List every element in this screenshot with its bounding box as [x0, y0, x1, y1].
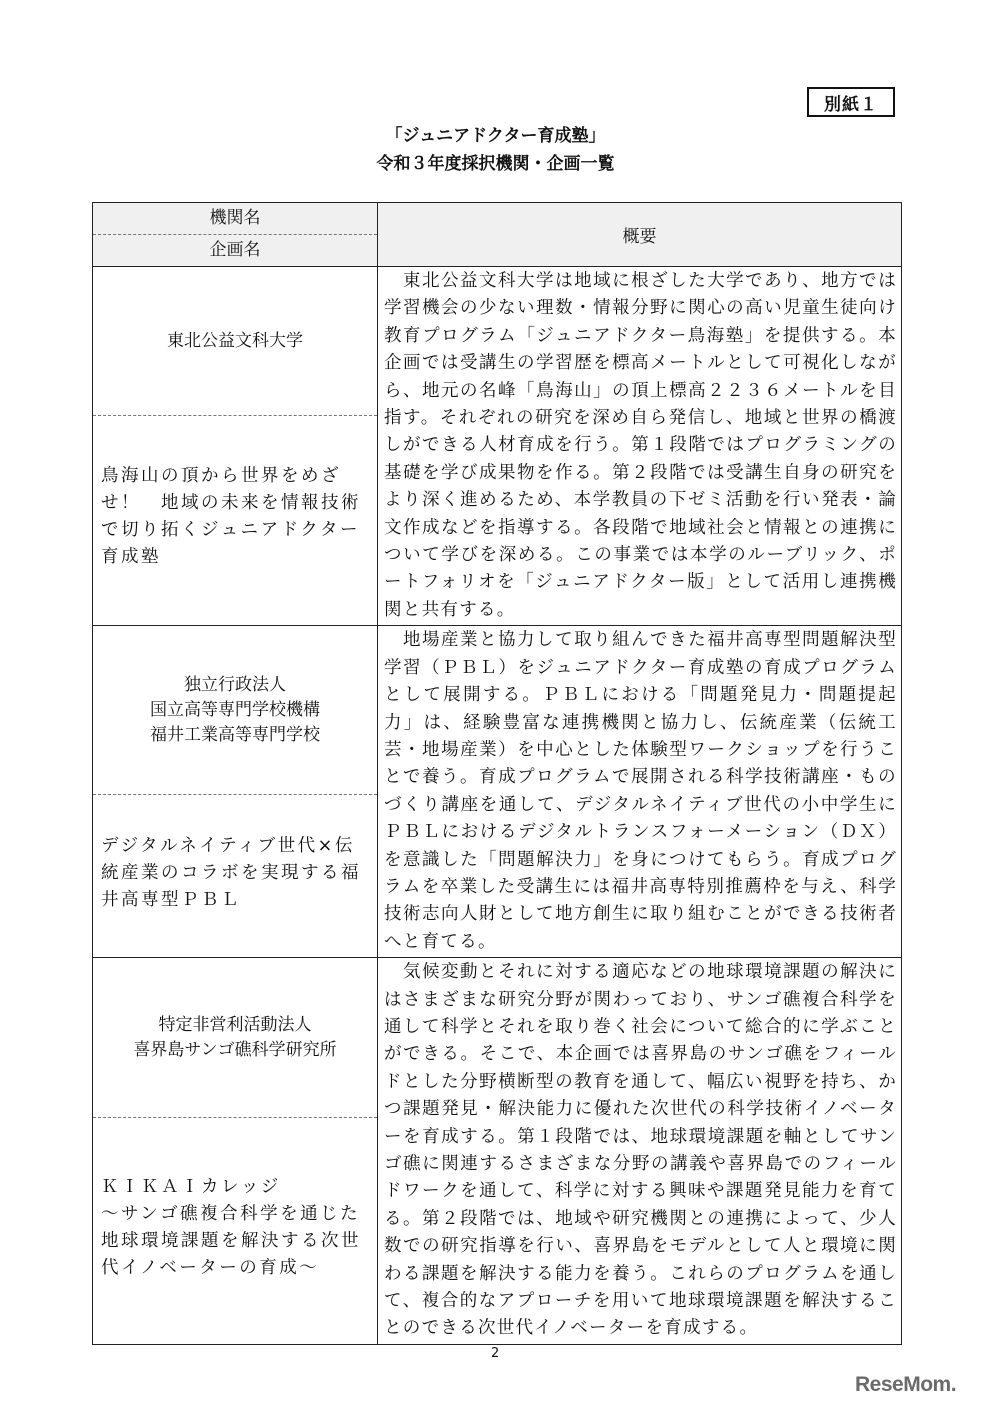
table-row: 特定非営利活動法人 喜界島サンゴ礁科学研究所 ＫＩＫＡＩカレッジ ～サンゴ礁複合… — [93, 958, 902, 1345]
attachment-label: 別紙１ — [807, 87, 895, 117]
document-title: 「ジュニアドクター育成塾」 — [0, 121, 991, 146]
table-header-row: 機関名 企画名 概要 — [93, 203, 902, 267]
row-summary-cell: 気候変動とそれに対する適応などの地球環境課題の解決にはさまざまな研究分野が関わっ… — [378, 958, 902, 1345]
table-row: 独立行政法人 国立高等専門学校機構 福井工業高等専門学校 デジタルネイティブ世代… — [93, 626, 902, 958]
row-summary-cell: 地場産業と協力して取り組んできた福井高専型問題解決型学習（ＰＢＬ）をジュニアドク… — [378, 626, 902, 958]
plan-name: ＫＩＫＡＩカレッジ ～サンゴ礁複合科学を通じた地球環境課題を解決する次世代イノベ… — [93, 1118, 377, 1337]
org-name: 特定非営利活動法人 喜界島サンゴ礁科学研究所 — [93, 958, 377, 1118]
row-left-cell: 独立行政法人 国立高等専門学校機構 福井工業高等専門学校 デジタルネイティブ世代… — [93, 626, 378, 958]
document-subtitle: 令和３年度採択機関・企画一覧 — [0, 149, 991, 174]
org-name: 独立行政法人 国立高等専門学校機構 福井工業高等専門学校 — [93, 626, 377, 795]
plan-name: 鳥海山の頂から世界をめざせ！ 地域の未来を情報技術で切り拓くジュニアドクター育成… — [93, 416, 377, 618]
summary-text: 東北公益文科大学は地域に根ざした大学であり、地方では学習機会の少ない理数・情報分… — [378, 267, 901, 625]
plan-name: デジタルネイティブ世代×伝統産業のコラボを実現する福井高専型ＰＢＬ — [93, 795, 377, 952]
adopted-programs-table: 機関名 企画名 概要 東北公益文科大学 鳥海山の頂から世界をめざせ！ 地域の未来… — [92, 202, 902, 1345]
header-summary: 概要 — [378, 203, 902, 267]
table-row: 東北公益文科大学 鳥海山の頂から世界をめざせ！ 地域の未来を情報技術で切り拓くジ… — [93, 267, 902, 626]
header-org-name: 機関名 — [93, 203, 377, 235]
summary-text: 地場産業と協力して取り組んできた福井高専型問題解決型学習（ＰＢＬ）をジュニアドク… — [378, 626, 901, 957]
org-name: 東北公益文科大学 — [93, 267, 377, 416]
row-summary-cell: 東北公益文科大学は地域に根ざした大学であり、地方では学習機会の少ない理数・情報分… — [378, 267, 902, 626]
resemom-watermark-logo: ReseMom. — [855, 1373, 956, 1397]
page-number: 2 — [491, 1346, 499, 1361]
row-left-cell: 特定非営利活動法人 喜界島サンゴ礁科学研究所 ＫＩＫＡＩカレッジ ～サンゴ礁複合… — [93, 958, 378, 1345]
row-left-cell: 東北公益文科大学 鳥海山の頂から世界をめざせ！ 地域の未来を情報技術で切り拓くジ… — [93, 267, 378, 626]
header-left-cell: 機関名 企画名 — [93, 203, 378, 267]
summary-text: 気候変動とそれに対する適応などの地球環境課題の解決にはさまざまな研究分野が関わっ… — [378, 958, 901, 1344]
header-plan-name: 企画名 — [93, 235, 377, 266]
